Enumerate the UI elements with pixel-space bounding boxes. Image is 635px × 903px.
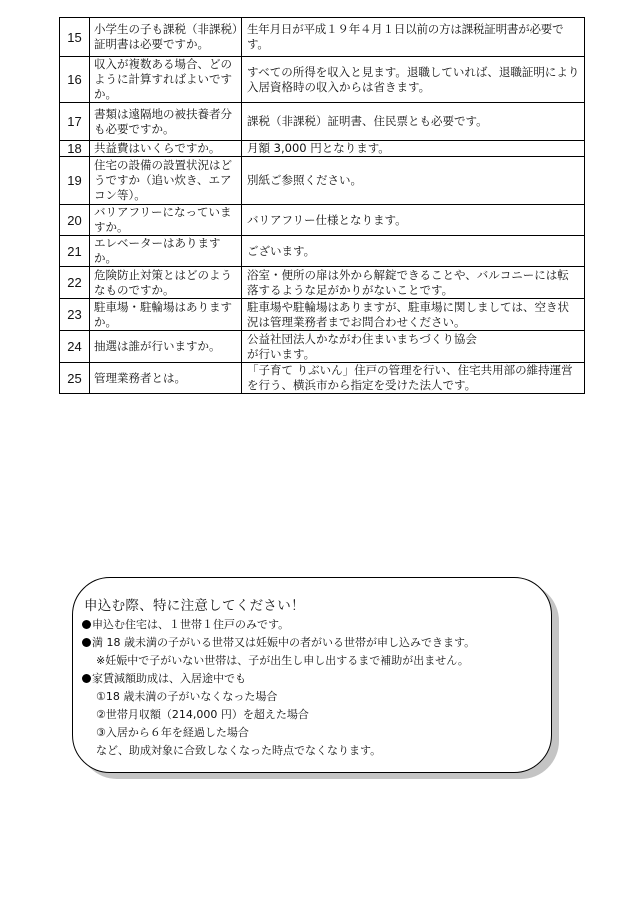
faq-answer: バリアフリー仕様となります。 [242,205,585,236]
faq-question: 住宅の設備の設置状況はどうですか（追い炊き、エアコン等）。 [90,157,242,205]
notice-item-text: 申込む住宅は、１世帯１住戸のみです。 [92,618,289,631]
notice-item-text: ※妊娠中で子がいない世帯は、子が出生し申し出するまで補助が出ません。 [96,654,469,667]
notice-item: 申込む住宅は、１世帯１住戸のみです。 [82,616,551,634]
faq-row: 16収入が複数ある場合、どのように計算すればよいですか。すべての所得を収入と見ま… [60,57,585,103]
faq-number: 15 [60,18,90,57]
faq-question: バリアフリーになっていますか。 [90,205,242,236]
faq-question: 管理業務者とは。 [90,363,242,394]
faq-row: 22危険防止対策とはどのようなものですか。浴室・便所の扉は外から解錠できることや… [60,267,585,299]
notice-title: 申込む際、特に注意してください！ [84,596,551,616]
notice-item: ②世帯月収額（214,000 円）を超えた場合 [82,706,551,724]
faq-row: 25管理業務者とは。「子育て りぶいん」住戸の管理を行い、住宅共用部の維持運営を… [60,363,585,394]
faq-number: 19 [60,157,90,205]
notice-item-text: ①18 歳未満の子がいなくなった場合 [96,690,277,703]
faq-number: 21 [60,236,90,267]
faq-question: 共益費はいくらですか。 [90,141,242,157]
faq-number: 20 [60,205,90,236]
bullet-icon [82,638,91,647]
faq-answer: 月額 3,000 円となります。 [242,141,585,157]
notice-list: 申込む住宅は、１世帯１住戸のみです。満 18 歳未満の子がいる世帯又は妊娠中の者… [82,616,551,760]
faq-row: 18共益費はいくらですか。月額 3,000 円となります。 [60,141,585,157]
faq-row: 24抽選は誰が行いますか。公益社団法人かながわ住まいまちづくり協会 が行います。 [60,331,585,363]
faq-question: 小学生の子も課税（非課税）証明書は必要ですか。 [90,18,242,57]
notice-item: 家賃減額助成は、入居途中でも [82,670,551,688]
notice-item-text: 満 18 歳未満の子がいる世帯又は妊娠中の者がいる世帯が申し込みできます。 [92,636,475,649]
faq-answer: 公益社団法人かながわ住まいまちづくり協会 が行います。 [242,331,585,363]
notice-item: ①18 歳未満の子がいなくなった場合 [82,688,551,706]
faq-number: 16 [60,57,90,103]
bullet-icon [82,674,91,683]
bullet-icon [82,620,91,629]
faq-answer: すべての所得を収入と見ます。退職していれば、退職証明により入居資格時の収入からは… [242,57,585,103]
faq-answer: 駐車場や駐輪場はありますが、駐車場に関しましては、空き状況は管理業務者までお問合… [242,299,585,331]
faq-answer: 課税（非課税）証明書、住民票とも必要です。 [242,103,585,141]
faq-number: 18 [60,141,90,157]
faq-answer: 別紙ご参照ください。 [242,157,585,205]
faq-row: 21エレベーターはありますか。ございます。 [60,236,585,267]
notice-item-text: 家賃減額助成は、入居途中でも [92,672,246,685]
faq-question: 書類は遠隔地の被扶養者分も必要ですか。 [90,103,242,141]
notice-item: ※妊娠中で子がいない世帯は、子が出生し申し出するまで補助が出ません。 [82,652,551,670]
faq-question: エレベーターはありますか。 [90,236,242,267]
faq-row: 19住宅の設備の設置状況はどうですか（追い炊き、エアコン等）。別紙ご参照ください… [60,157,585,205]
faq-row: 15小学生の子も課税（非課税）証明書は必要ですか。生年月日が平成１９年４月１日以… [60,18,585,57]
faq-number: 22 [60,267,90,299]
faq-question: 危険防止対策とはどのようなものですか。 [90,267,242,299]
faq-answer: ございます。 [242,236,585,267]
faq-answer: 「子育て りぶいん」住戸の管理を行い、住宅共用部の維持運営を行う、横浜市から指定… [242,363,585,394]
faq-table-body: 15小学生の子も課税（非課税）証明書は必要ですか。生年月日が平成１９年４月１日以… [60,18,585,394]
faq-question: 収入が複数ある場合、どのように計算すればよいですか。 [90,57,242,103]
notice-box: 申込む際、特に注意してください！ 申込む住宅は、１世帯１住戸のみです。満 18 … [72,577,552,773]
faq-number: 24 [60,331,90,363]
faq-number: 17 [60,103,90,141]
notice-item-text: など、助成対象に合致しなくなった時点でなくなります。 [96,744,381,757]
faq-answer: 浴室・便所の扉は外から解錠できることや、バルコニーには転落するような足がかりがな… [242,267,585,299]
notice-item: ③入居から６年を経過した場合 [82,724,551,742]
faq-number: 25 [60,363,90,394]
faq-table: 15小学生の子も課税（非課税）証明書は必要ですか。生年月日が平成１９年４月１日以… [59,17,585,394]
notice-item: 満 18 歳未満の子がいる世帯又は妊娠中の者がいる世帯が申し込みできます。 [82,634,551,652]
notice-item-text: ③入居から６年を経過した場合 [96,726,249,739]
faq-question: 駐車場・駐輪場はありますか。 [90,299,242,331]
faq-row: 20バリアフリーになっていますか。バリアフリー仕様となります。 [60,205,585,236]
notice-item: など、助成対象に合致しなくなった時点でなくなります。 [82,742,551,760]
faq-row: 17書類は遠隔地の被扶養者分も必要ですか。課税（非課税）証明書、住民票とも必要で… [60,103,585,141]
notice-item-text: ②世帯月収額（214,000 円）を超えた場合 [96,708,309,721]
faq-row: 23駐車場・駐輪場はありますか。駐車場や駐輪場はありますが、駐車場に関しましては… [60,299,585,331]
faq-number: 23 [60,299,90,331]
faq-answer: 生年月日が平成１９年４月１日以前の方は課税証明書が必要です。 [242,18,585,57]
faq-question: 抽選は誰が行いますか。 [90,331,242,363]
